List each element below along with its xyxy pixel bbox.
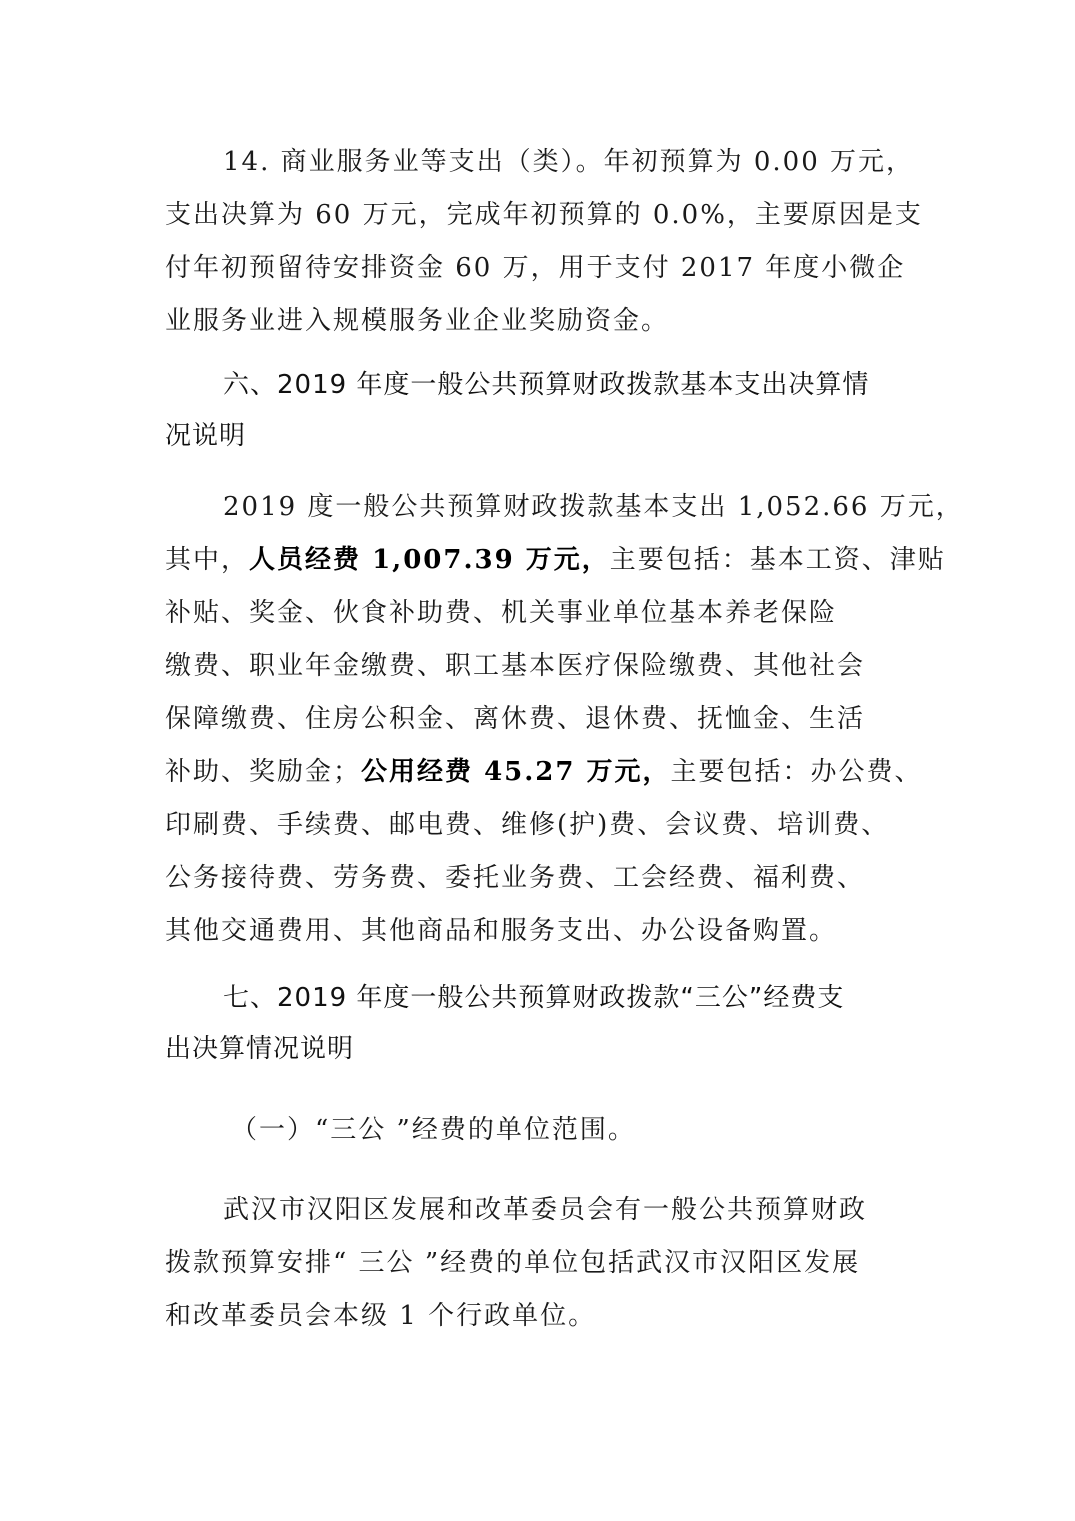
sec6-para-line-8: 公务接待费、劳务费、委托业务费、工会经费、福利费、 [165, 858, 865, 898]
text: 主要包括：基本工资、津贴 [610, 545, 946, 575]
text: 主要包括：办公费、 [671, 757, 923, 787]
text: 补助、奖励金； [165, 757, 361, 787]
sec6-para-line-4: 缴费、职业年金缴费、职工基本医疗保险缴费、其他社会 [165, 646, 865, 686]
sec14-line-2: 支出决算为 60 万元，完成年初预算的 0.0%，主要原因是支 [165, 195, 923, 235]
sec6-para-line-1: 2019 度一般公共预算财政拨款基本支出 1,052.66 万元， [223, 487, 964, 527]
sec7-para-line-3: 和改革委员会本级 1 个行政单位。 [165, 1296, 596, 1336]
public-expense-bold: 公用经费 45.27 万元， [361, 757, 671, 787]
text: 其中， [165, 545, 249, 575]
sec6-para-line-9: 其他交通费用、其他商品和服务支出、办公设备购置。 [165, 911, 837, 951]
sec14-line-3: 付年初预留待安排资金 60 万，用于支付 2017 年度小微企 [165, 248, 905, 288]
sec7-para-line-2: 拨款预算安排“ 三公 ”经费的单位包括武汉市汉阳区发展 [165, 1243, 860, 1283]
sec7-subheading: （一）“三公 ”经费的单位范围。 [231, 1110, 636, 1150]
sec14-line-1: 14. 商业服务业等支出（类）。年初预算为 0.00 万元， [223, 142, 914, 182]
section7-heading-line-1: 七、2019 年度一般公共预算财政拨款“三公”经费支 [223, 978, 844, 1018]
sec6-para-line-6: 补助、奖励金；公用经费 45.27 万元，主要包括：办公费、 [165, 752, 923, 792]
personnel-expense-bold: 人员经费 1,007.39 万元， [249, 545, 610, 575]
section6-heading-line-1: 六、2019 年度一般公共预算财政拨款基本支出决算情 [223, 365, 869, 405]
sec14-line-4: 业服务业进入规模服务业企业奖励资金。 [165, 301, 669, 341]
sec7-para-line-1: 武汉市汉阳区发展和改革委员会有一般公共预算财政 [223, 1190, 867, 1230]
sec6-para-line-3: 补贴、奖金、伙食补助费、机关事业单位基本养老保险 [165, 593, 837, 633]
section7-heading-line-2: 出决算情况说明 [165, 1029, 354, 1069]
sec6-para-line-7: 印刷费、手续费、邮电费、维修(护)费、会议费、培训费、 [165, 805, 889, 845]
sec6-para-line-2: 其中，人员经费 1,007.39 万元，主要包括：基本工资、津贴 [165, 540, 946, 580]
sec6-para-line-5: 保障缴费、住房公积金、离休费、退休费、抚恤金、生活 [165, 699, 865, 739]
section6-heading-line-2: 况说明 [165, 416, 246, 456]
